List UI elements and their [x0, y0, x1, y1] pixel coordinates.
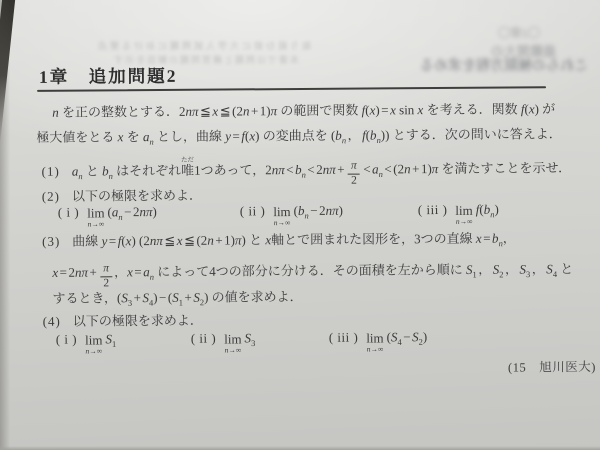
part-4-item-i: ( i )limn→∞S1 — [56, 331, 117, 355]
text-run: を考える．関数 — [423, 101, 521, 117]
math-run: + — [88, 265, 98, 280]
part-2-heading-text: 以下の極限を求めよ． — [72, 188, 202, 204]
text-run: の値を求めよ． — [208, 289, 302, 305]
limit-subscript: n→∞ — [455, 218, 472, 226]
text-run: はそれぞれ — [113, 163, 181, 178]
math-run: nπ — [185, 104, 198, 119]
page-content: 1章 追加問題2 n を正の整数とする．2nπ≦x≦(2n+1)π の範囲で関数… — [0, 0, 600, 450]
limit-subscript: n→∞ — [85, 347, 102, 355]
math-run: ， — [477, 262, 493, 277]
math-run: 1) — [224, 232, 235, 247]
math-run: ≦ — [198, 104, 212, 119]
text-run: が — [539, 101, 555, 116]
part-3-line-1: (3)曲線 y=f(x) (2nπ≦x≦(2n+1)π) と x軸とで囲まれた図… — [42, 230, 516, 250]
math-run: + — [336, 162, 346, 177]
math-run: nπ — [272, 162, 285, 177]
ruby-annotation: ただ唯 — [181, 163, 194, 179]
math-run: + — [132, 290, 142, 305]
math-run: →∞ — [460, 217, 473, 226]
limit-subscript: n→∞ — [273, 219, 290, 227]
text-run: と — [82, 164, 102, 179]
limit-operator: limn→∞ — [273, 205, 290, 227]
text-run: の範囲で関数 — [277, 103, 362, 119]
part-4-item-iii: ( iii )limn→∞(S4−S2) — [329, 329, 428, 353]
math-run: 1) — [260, 103, 271, 118]
math-run: (2 — [232, 103, 243, 118]
math-run: )) — [381, 127, 390, 142]
math-subscript: 3 — [128, 298, 132, 308]
text-run: を — [123, 129, 143, 144]
part-3-text-1: 曲線 y=f(x) (2nπ≦x≦(2n+1)π) と x軸とで囲まれた図形を，… — [72, 230, 516, 248]
math-run: 2 — [103, 277, 109, 289]
text-run: 極大値をとる — [36, 129, 117, 145]
part-1-line: (1)an と bn はそれぞれただ唯1つあって，2nπ<bn<2nπ+π2<a… — [42, 159, 572, 189]
text-run: 1つあって， — [194, 162, 265, 177]
math-run: = — [58, 265, 68, 280]
fraction: π2 — [100, 263, 112, 289]
math-run: = — [107, 233, 117, 248]
ruby-furigana: ただ — [181, 157, 194, 165]
math-run: ， — [503, 262, 519, 277]
math-run: − — [123, 204, 133, 219]
part-1-label: (1) — [42, 164, 60, 179]
math-run: < — [383, 161, 393, 176]
math-run: n — [207, 233, 214, 248]
math-run: + — [214, 233, 224, 248]
fraction-numerator: π — [100, 263, 112, 277]
math-run: + — [249, 103, 259, 118]
part-4-heading-text: 以下の極限を求めよ． — [73, 313, 203, 329]
math-run: x — [52, 265, 58, 280]
fraction: π2 — [348, 161, 360, 187]
problem-intro-line-1: n を正の整数とする．2nπ≦x≦(2n+1)π の範囲で関数 f(x)=x s… — [52, 101, 555, 121]
math-run: 2 — [351, 174, 357, 186]
math-run: ) — [339, 203, 343, 218]
math-function: sin — [399, 102, 414, 117]
math-run: ) (2 — [131, 233, 150, 248]
part-2-item-i-label: ( i ) — [58, 205, 79, 220]
math-run: →∞ — [277, 218, 290, 227]
math-run: y — [225, 128, 231, 143]
math-run: ≦ — [163, 233, 177, 248]
scanned-textbook-page: 取り組む前に大学入試問題における要点 本書では例題と練習問題の解法を示す 〇2章… — [0, 0, 600, 450]
part-2-item-ii: ( ii )limn→∞(bn−2nπ) — [240, 203, 343, 227]
math-run: x — [127, 264, 133, 279]
part-4-label: (4) — [43, 314, 61, 329]
math-run: nπ — [139, 204, 152, 219]
text-run: によって4つの部分に分ける．その面積を左から順に — [154, 262, 466, 279]
text-run: とし，曲線 — [154, 129, 226, 144]
part-4-item-ii-label: ( ii ) — [191, 331, 216, 346]
math-run: nπ — [323, 162, 336, 177]
part-4-item-i-expr: limn→∞S1 — [85, 331, 116, 346]
limit-word: lim — [273, 205, 290, 218]
text-run: を満たすことを示せ． — [438, 160, 571, 176]
part-4-item-iii-expr: limn→∞(S4−S2) — [366, 329, 427, 344]
math-run: nπ — [326, 203, 339, 218]
math-run: x — [476, 231, 482, 246]
part-2-item-iii: ( iii )limn→∞f(bn) — [418, 202, 499, 226]
text-run: とする．次の問いに答えよ． — [389, 126, 561, 142]
math-run: − — [157, 290, 167, 305]
limit-subscript: n→∞ — [224, 346, 241, 354]
part-1-text: an と bn はそれぞれただ唯1つあって，2nπ<bn<2nπ+π2<an<(… — [72, 160, 571, 178]
math-subscript: 3 — [251, 338, 255, 348]
math-run: nπ — [150, 233, 163, 248]
math-run: ) — [375, 102, 379, 117]
part-4-item-i-label: ( i ) — [56, 332, 77, 347]
math-run: (2 — [196, 233, 207, 248]
text-run: ， — [114, 264, 127, 279]
limit-operator: limn→∞ — [85, 333, 102, 355]
math-run: − — [309, 203, 319, 218]
limit-word: lim — [85, 333, 102, 346]
limit-word: lim — [224, 332, 241, 345]
text-run: 軸とで囲まれた図形を，3つの直線 — [271, 231, 476, 247]
math-run: ≦ — [182, 233, 196, 248]
math-run: ) — [423, 329, 427, 344]
limit-subscript: n→∞ — [366, 345, 383, 353]
math-run: π — [351, 160, 357, 172]
math-run: →∞ — [91, 219, 104, 228]
chapter-title: 1章 追加問題2 — [39, 63, 178, 89]
math-run: (2 — [393, 161, 404, 176]
math-run: π — [103, 262, 109, 274]
text-run: ， — [503, 230, 516, 245]
math-run: →∞ — [228, 345, 241, 354]
limit-operator: limn→∞ — [366, 331, 383, 353]
part-2-item-i-expr: limn→∞(an−2nπ) — [87, 204, 157, 219]
limit-operator: limn→∞ — [224, 332, 241, 354]
math-run: x — [390, 102, 396, 117]
part-4-item-ii: ( ii )limn→∞S3 — [191, 330, 256, 354]
limit-subscript: n→∞ — [87, 220, 104, 228]
part-4-item-ii-expr: limn→∞S3 — [224, 330, 255, 345]
math-run: = — [482, 231, 492, 246]
limit-word: lim — [87, 206, 104, 219]
math-run: + — [183, 290, 193, 305]
math-run: ) — [494, 202, 498, 217]
part-3-line-3: するとき，(S3+S4)−(S1+S2) の値を求めよ． — [52, 289, 302, 307]
math-run: + — [411, 161, 421, 176]
part-3-line-2: x=2nπ+π2，x=an によって4つの部分に分ける．その面積を左から順に S… — [52, 260, 573, 290]
math-run: < — [285, 162, 295, 177]
source-attribution: (15 旭川医大) — [508, 357, 596, 376]
math-run: − — [402, 329, 412, 344]
limit-word: lim — [366, 331, 383, 344]
math-run: ， — [346, 128, 362, 143]
math-run: ) — [152, 204, 156, 219]
part-2-item-i: ( i )limn→∞(an−2nπ) — [58, 204, 157, 228]
limit-word: lim — [455, 204, 472, 217]
math-run: →∞ — [89, 346, 102, 355]
math-run: 1) — [421, 161, 432, 176]
math-run: = — [231, 128, 241, 143]
part-4-item-iii-label: ( iii ) — [329, 330, 359, 345]
part-2-heading: (2)以下の極限を求めよ． — [42, 188, 202, 205]
fraction-denominator: 2 — [100, 277, 112, 290]
text-run: と — [557, 261, 573, 276]
math-run: ， — [530, 261, 546, 276]
fraction-denominator: 2 — [348, 174, 360, 187]
text-run: を正の整数とする． — [59, 104, 179, 120]
part-2-item-iii-label: ( iii ) — [418, 202, 448, 217]
math-subscript: 1 — [112, 339, 116, 349]
fraction-numerator: π — [348, 161, 360, 175]
math-run: = — [380, 102, 390, 117]
math-run: < — [362, 162, 372, 177]
math-run: = — [133, 264, 143, 279]
text-run: の変曲点を — [259, 128, 331, 143]
math-run: nπ — [75, 265, 88, 280]
part-2-item-iii-expr: limn→∞f(bn) — [455, 202, 499, 217]
part-2-item-ii-expr: limn→∞(bn−2nπ) — [273, 203, 343, 218]
problem-intro-line-2: 極大値をとる x を an とし，曲線 y=f(x) の変曲点を (bn，f(b… — [36, 126, 561, 146]
text-run: と — [246, 232, 266, 247]
text-run: するとき， — [52, 290, 117, 305]
math-run: ≦ — [218, 103, 232, 118]
limit-operator: limn→∞ — [87, 206, 104, 228]
part-3-label: (3) — [42, 234, 60, 249]
math-run: →∞ — [370, 344, 383, 353]
text-run: 曲線 — [72, 233, 101, 248]
limit-operator: limn→∞ — [455, 204, 472, 226]
part-2-label: (2) — [42, 189, 60, 204]
math-run: < — [306, 162, 316, 177]
part-2-item-ii-label: ( ii ) — [240, 203, 265, 218]
part-4-heading: (4)以下の極限を求めよ． — [43, 313, 203, 330]
